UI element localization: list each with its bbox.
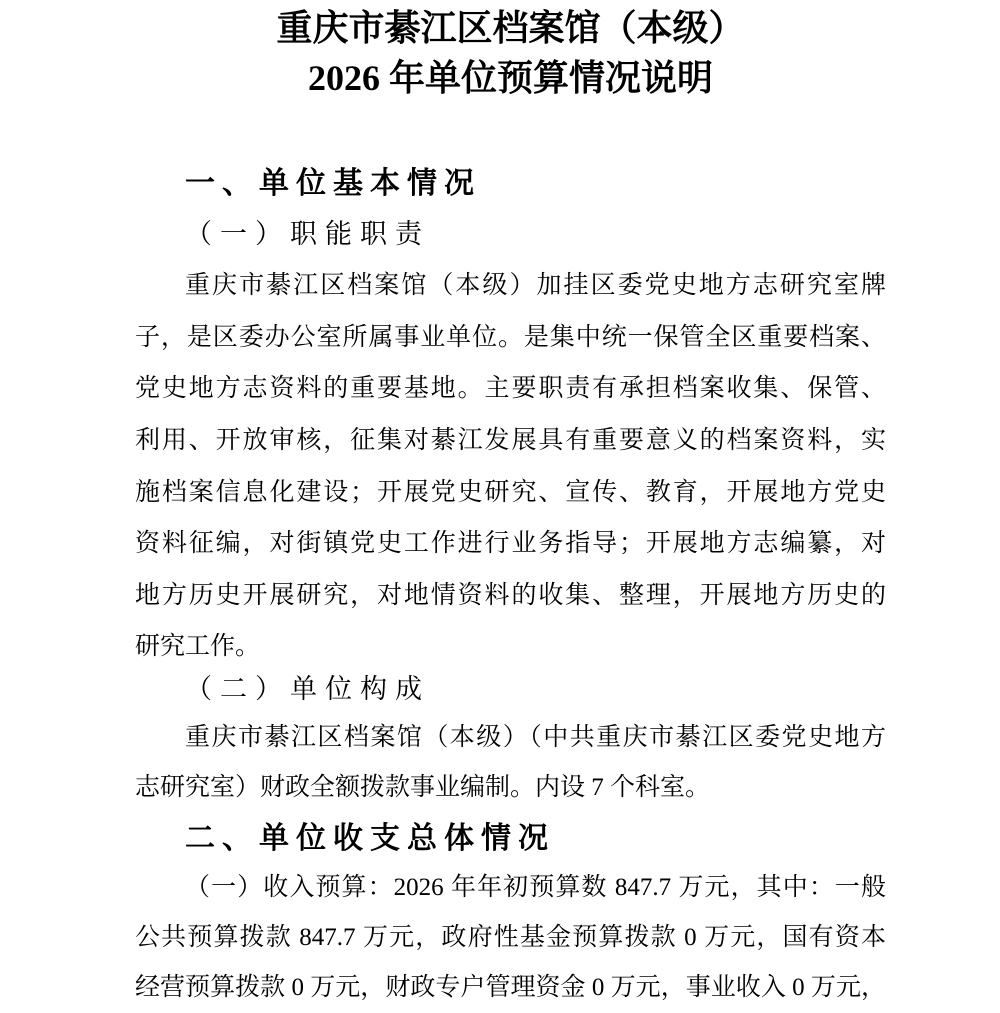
document-title-line-1: 重庆市綦江区档案馆（本级） <box>135 6 886 50</box>
paragraph-2-line-2: 志研究室）财政全额拨款事业编制。内设 7 个科室。 <box>135 771 886 805</box>
paragraph-3-line-2: 公共预算拨款 847.7 万元，政府性基金预算拨款 0 万元，国有资本 <box>135 921 886 955</box>
paragraph-1-line-1: 重庆市綦江区档案馆（本级）加挂区委党史地方志研究室牌 <box>135 269 886 303</box>
paragraph-1-line-8: 研究工作。 <box>135 630 886 664</box>
paragraph-3-line-1: （一）收入预算：2026 年年初预算数 847.7 万元，其中：一般 <box>135 871 886 905</box>
section-heading-1: 一、单位基本情况 <box>135 165 886 203</box>
budget-document-page: 重庆市綦江区档案馆（本级） 2026 年单位预算情况说明 一、单位基本情况 （一… <box>0 0 1000 1013</box>
paragraph-2-line-1: 重庆市綦江区档案馆（本级）（中共重庆市綦江区委党史地方 <box>135 721 886 755</box>
paragraph-1-line-4: 利用、开放审核，征集对綦江发展具有重要意义的档案资料，实 <box>135 424 886 458</box>
paragraph-1-line-3: 党史地方志资料的重要基地。主要职责有承担档案收集、保管、 <box>135 372 886 406</box>
section-heading-2: 二、单位收支总体情况 <box>135 820 886 858</box>
paragraph-1-line-6: 资料征编，对街镇党史工作进行业务指导；开展地方志编纂，对 <box>135 527 886 561</box>
subsection-heading-1-1: （一）职能职责 <box>135 216 886 252</box>
paragraph-3-line-3: 经营预算拨款 0 万元，财政专户管理资金 0 万元，事业收入 0 万元， <box>135 971 886 1005</box>
paragraph-1-line-2: 子，是区委办公室所属事业单位。是集中统一保管全区重要档案、 <box>135 321 886 355</box>
paragraph-1-line-7: 地方历史开展研究，对地情资料的收集、整理，开展地方历史的 <box>135 579 886 613</box>
paragraph-1-line-5: 施档案信息化建设；开展党史研究、宣传、教育，开展地方党史 <box>135 476 886 510</box>
subsection-heading-1-2: （二）单位构成 <box>135 671 886 707</box>
document-title-line-2: 2026 年单位预算情况说明 <box>135 56 886 100</box>
